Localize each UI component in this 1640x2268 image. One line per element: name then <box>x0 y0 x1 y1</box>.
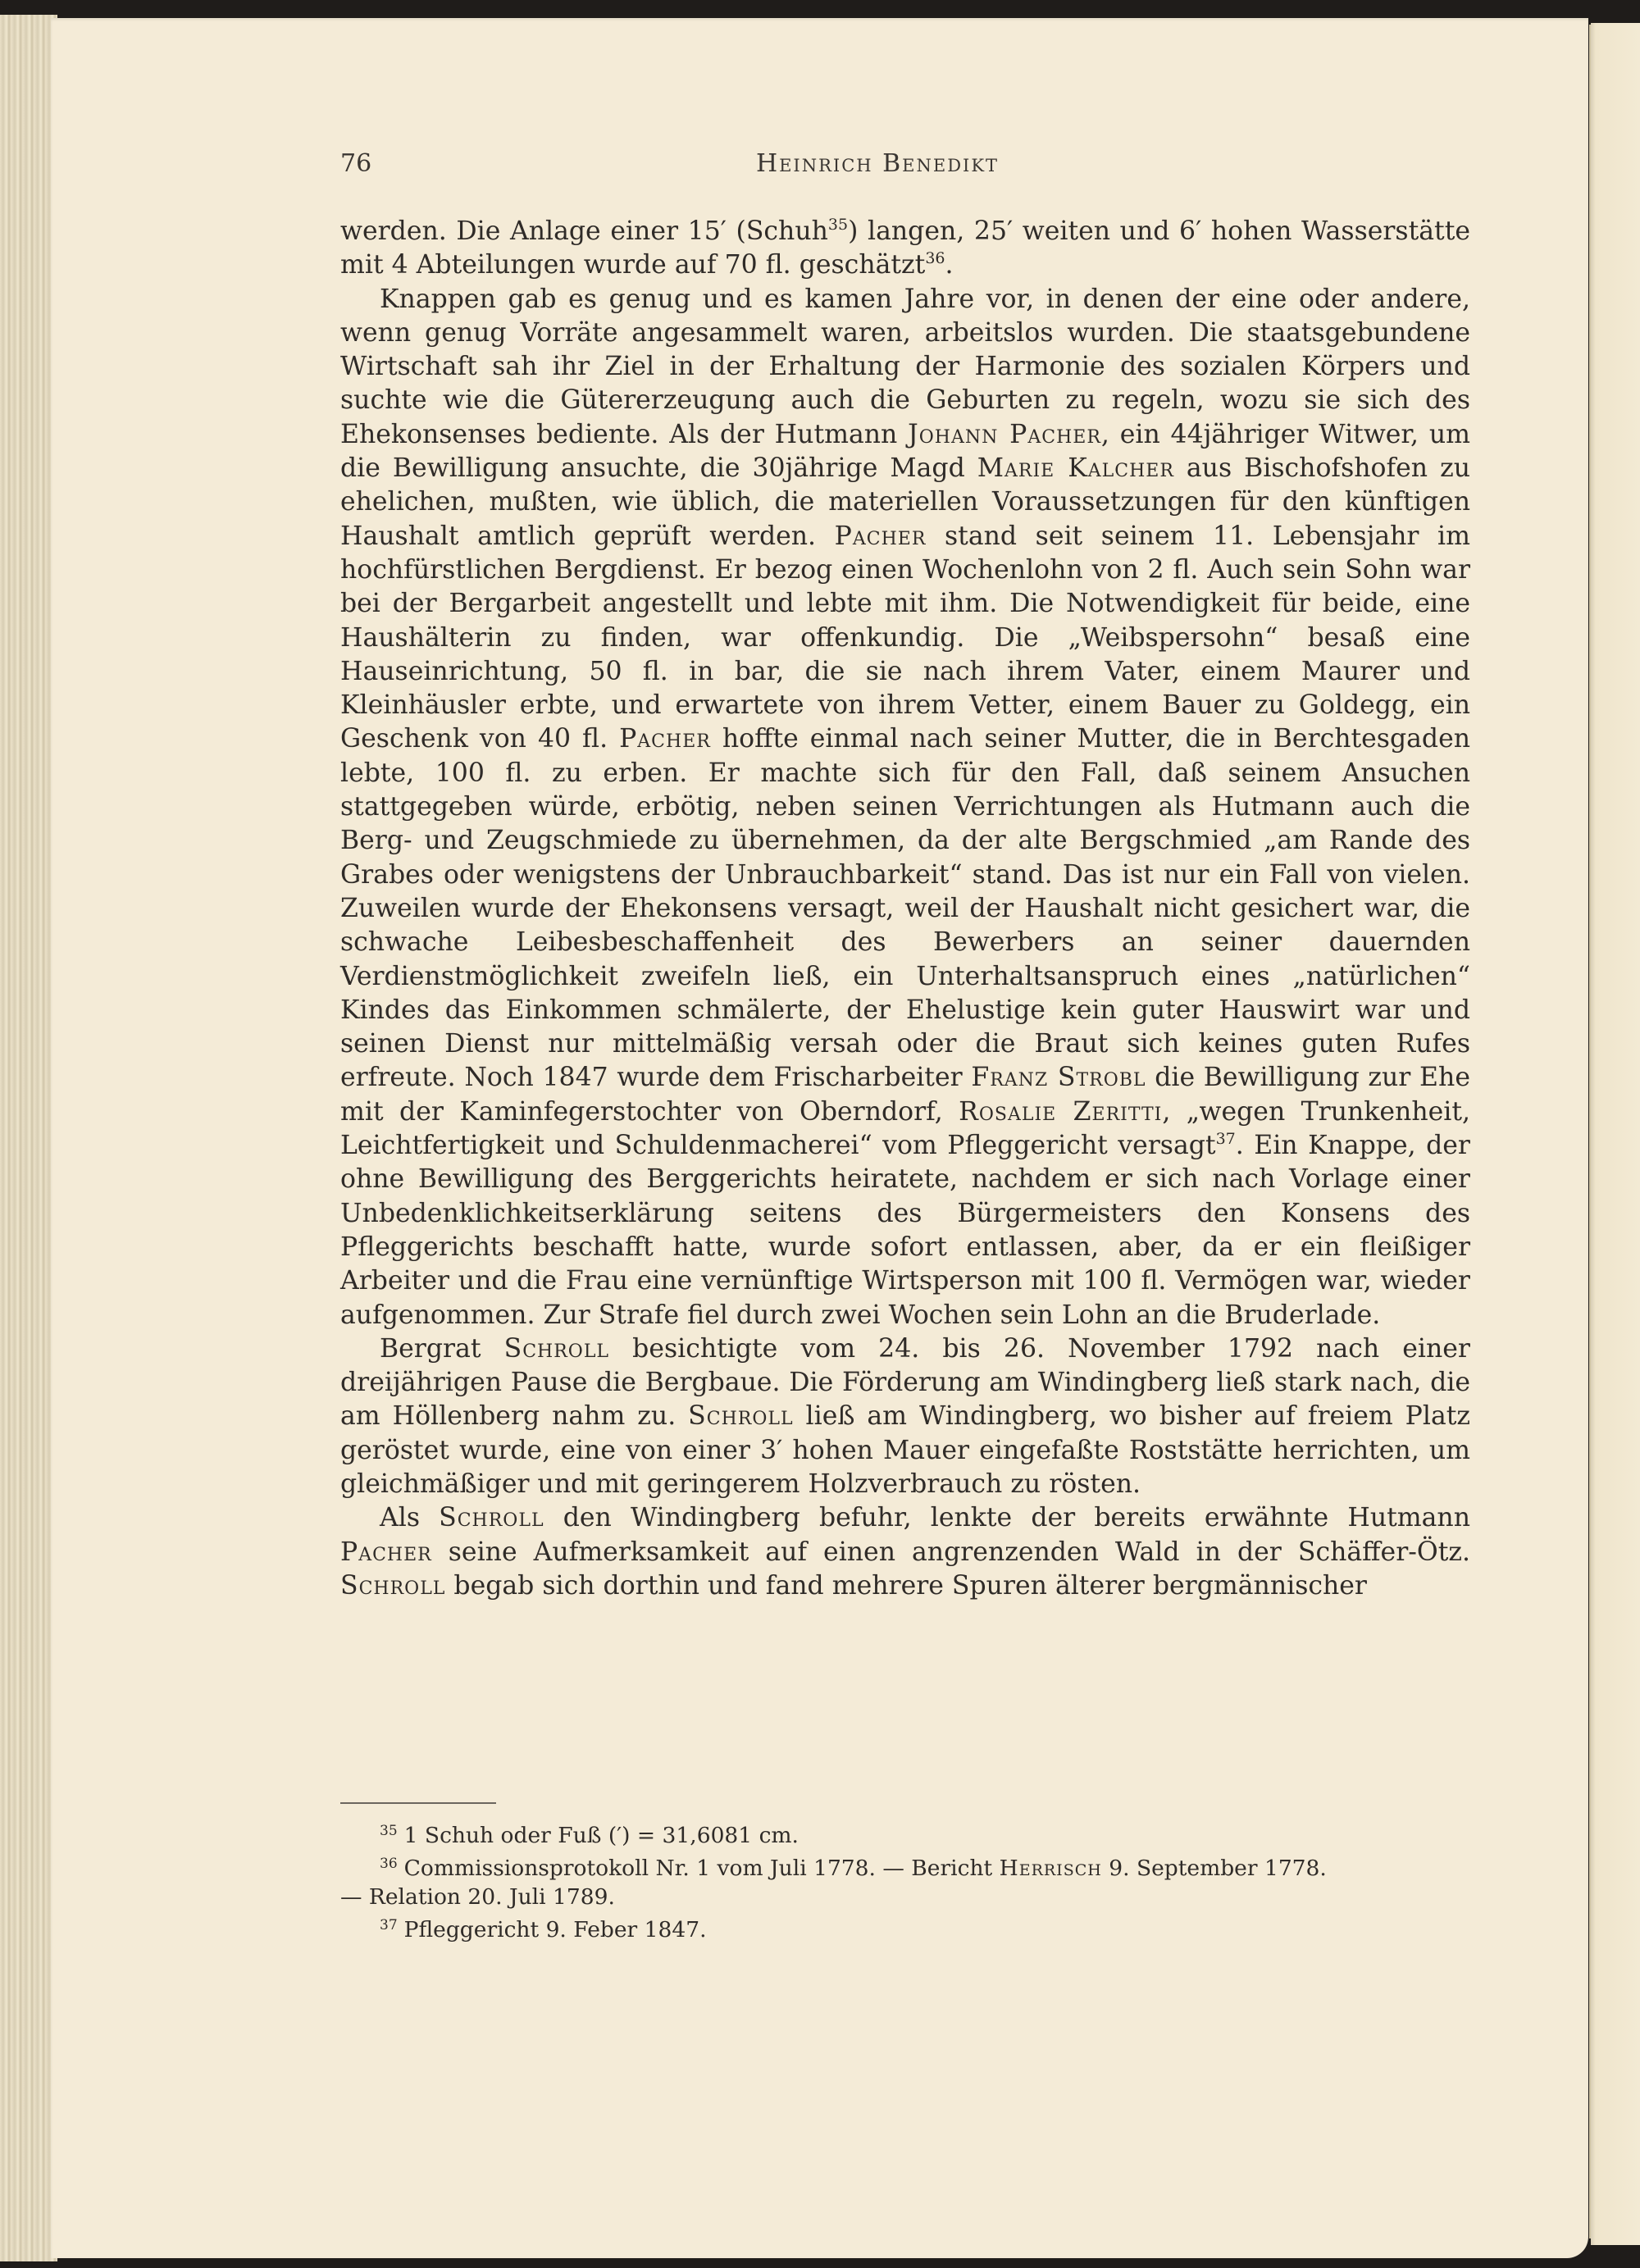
body-text: werden. Die Anlage einer 15′ (Schuh35) l… <box>340 215 1470 1603</box>
footnote-reference: 37 <box>1216 1130 1236 1148</box>
text-run: . <box>945 250 954 280</box>
footnote: 37Pfleggericht 9. Feber 1847. <box>340 1911 1470 1944</box>
page-stack-edges <box>0 15 57 2261</box>
text-run: hoffte einmal nach seiner Mutter, die in… <box>340 724 1470 1092</box>
text-run: den Windingberg befuhr, lenkte der berei… <box>544 1503 1470 1532</box>
person-name: Pacher <box>340 1537 432 1567</box>
footnote: 36Commissionsprotokoll Nr. 1 vom Juli 17… <box>340 1850 1470 1883</box>
person-name: Schroll <box>340 1571 445 1601</box>
person-name: Schroll <box>504 1334 609 1364</box>
text-run: Bergrat <box>380 1334 504 1364</box>
person-name: Franz Strobl <box>971 1063 1146 1092</box>
text-run: seine Aufmerksamkeit auf einen angrenzen… <box>432 1537 1470 1567</box>
footnote: 351 Schuh oder Fuß (′) = 31,6081 cm. <box>340 1817 1470 1850</box>
person-name: Schroll <box>439 1503 544 1532</box>
paragraph: Als Schroll den Windingberg befuhr, lenk… <box>340 1501 1470 1603</box>
paragraph: werden. Die Anlage einer 15′ (Schuh35) l… <box>340 215 1470 283</box>
person-name: Johann Pacher <box>908 420 1101 449</box>
person-name: Pacher <box>619 724 711 754</box>
text-run: stand seit seinem 11. Lebensjahr im hoch… <box>340 521 1470 754</box>
person-name: Pacher <box>835 521 927 551</box>
text-run: Als <box>380 1503 439 1532</box>
footnote-number: 36 <box>380 1856 398 1872</box>
text-run: Pfleggericht 9. Feber 1847. <box>404 1917 707 1942</box>
person-name: Marie Kalcher <box>977 453 1174 483</box>
footnote-reference: 35 <box>828 216 848 234</box>
paragraph: Bergrat Schroll besichtigte vom 24. bis … <box>340 1332 1470 1501</box>
footnotes: 351 Schuh oder Fuß (′) = 31,6081 cm.36Co… <box>340 1817 1470 1944</box>
text-run: Commissionsprotokoll Nr. 1 vom Juli 1778… <box>404 1856 1000 1881</box>
running-title-author: Heinrich Benedikt <box>328 149 1427 178</box>
text-run: begab sich dorthin und fand mehrere Spur… <box>445 1571 1367 1601</box>
text-run: werden. Die Anlage einer 15′ (Schuh <box>340 216 828 246</box>
text-run: — Relation 20. Juli 1789. <box>340 1884 615 1910</box>
footnote: — Relation 20. Juli 1789. <box>340 1883 1470 1911</box>
text-run: 9. September 1778. <box>1102 1856 1327 1881</box>
person-name: Herrisch <box>1000 1856 1102 1881</box>
footnote-separator <box>340 1802 496 1804</box>
paragraph: Knappen gab es genug und es kamen Jahre … <box>340 283 1470 1332</box>
text-run: 1 Schuh oder Fuß (′) = 31,6081 cm. <box>404 1823 799 1848</box>
person-name: Schroll <box>688 1401 793 1431</box>
footnote-reference: 36 <box>925 249 945 267</box>
running-head: 76 Heinrich Benedikt <box>0 149 1640 182</box>
footnote-number: 35 <box>380 1823 398 1839</box>
adjacent-page-strip <box>1591 23 1640 2245</box>
person-name: Rosalie Zeritti <box>959 1097 1162 1127</box>
footnote-number: 37 <box>380 1917 398 1933</box>
text-run: . Ein Knappe, der ohne Bewilligung des B… <box>340 1131 1470 1329</box>
